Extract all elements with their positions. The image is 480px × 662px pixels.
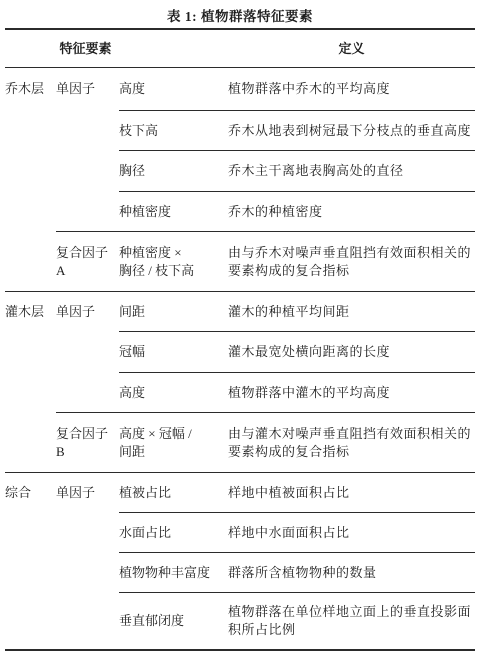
layer-cell: [5, 372, 56, 412]
factor-cell: 单因子: [56, 291, 119, 331]
factor-cell: [56, 592, 119, 649]
layer-cell: [5, 331, 56, 372]
element-cell: 间距: [119, 291, 228, 331]
factor-label: 复合因子 B: [56, 425, 108, 461]
layer-cell: [5, 110, 56, 150]
layer-cell: [5, 512, 56, 552]
factor-label: 单因子: [56, 80, 95, 98]
element-cell: 高度 × 冠幅 / 间距: [119, 412, 228, 472]
element-cell: 垂直郁闭度: [119, 592, 228, 649]
element-cell: 种植密度 × 胸径 / 枝下高: [119, 231, 228, 291]
element-cell: 植物物种丰富度: [119, 552, 228, 592]
element-label: 种植密度 × 胸径 / 枝下高: [119, 244, 194, 280]
element-cell: 高度: [119, 372, 228, 412]
table-row: 植物物种丰富度 群落所含植物物种的数量: [5, 552, 475, 592]
definition-cell: 乔木从地表到树冠最下分枝点的垂直高度: [228, 110, 475, 150]
table-header-row: 特征要素 定义: [5, 30, 475, 67]
definition-text: 植物群落在单位样地立面上的垂直投影面积所占比例: [228, 603, 475, 639]
table-row: 综合 单因子 植被占比 样地中植被面积占比: [5, 472, 475, 512]
factor-label: 单因子: [56, 484, 95, 502]
header-definition: 定义: [228, 30, 475, 67]
definition-text: 乔木从地表到树冠最下分枝点的垂直高度: [228, 122, 475, 140]
definition-text: 乔木的种植密度: [228, 203, 475, 221]
definition-text: 样地中水面面积占比: [228, 524, 475, 542]
table-row: 复合因子 B 高度 × 冠幅 / 间距 由与灌木对噪声垂直阻挡有效面积相关的要素…: [5, 412, 475, 472]
layer-cell: 乔木层: [5, 67, 56, 110]
table-row: 高度 植物群落中灌木的平均高度: [5, 372, 475, 412]
definition-text: 灌木的种植平均间距: [228, 303, 475, 321]
definition-text: 灌木最宽处横向距离的长度: [228, 343, 475, 361]
header-features: 特征要素: [5, 30, 228, 67]
definition-text: 植物群落中灌木的平均高度: [228, 384, 475, 402]
table-row: 乔木层 单因子 高度 植物群落中乔木的平均高度: [5, 67, 475, 110]
factor-cell: 复合因子 A: [56, 231, 119, 291]
definition-cell: 乔木主干离地表胸高处的直径: [228, 150, 475, 191]
element-label: 胸径: [119, 162, 145, 180]
layer-label: 乔木层: [5, 80, 44, 98]
element-label: 高度: [119, 384, 145, 402]
element-cell: 水面占比: [119, 512, 228, 552]
element-cell: 种植密度: [119, 191, 228, 231]
layer-cell: [5, 191, 56, 231]
layer-cell: [5, 552, 56, 592]
definition-cell: 灌木的种植平均间距: [228, 291, 475, 331]
factor-label: 单因子: [56, 303, 95, 321]
factor-cell: 单因子: [56, 67, 119, 110]
layer-label: 综合: [5, 484, 31, 502]
plant-community-table: 特征要素 定义 乔木层 单因子 高度 植物群落中乔木的平均高度 枝下高 乔木从地…: [5, 28, 475, 651]
element-label: 冠幅: [119, 343, 145, 361]
element-label: 垂直郁闭度: [119, 612, 184, 630]
element-label: 高度 × 冠幅 / 间距: [119, 425, 192, 461]
table-row: 灌木层 单因子 间距 灌木的种植平均间距: [5, 291, 475, 331]
table-row: 冠幅 灌木最宽处横向距离的长度: [5, 331, 475, 372]
table-row: 垂直郁闭度 植物群落在单位样地立面上的垂直投影面积所占比例: [5, 592, 475, 649]
element-label: 水面占比: [119, 524, 171, 542]
factor-cell: [56, 150, 119, 191]
table-row: 复合因子 A 种植密度 × 胸径 / 枝下高 由与乔木对噪声垂直阻挡有效面积相关…: [5, 231, 475, 291]
layer-cell: 综合: [5, 472, 56, 512]
factor-label: 复合因子 A: [56, 244, 108, 280]
element-label: 植被占比: [119, 484, 171, 502]
table-row: 水面占比 样地中水面面积占比: [5, 512, 475, 552]
definition-cell: 由与乔木对噪声垂直阻挡有效面积相关的要素构成的复合指标: [228, 231, 475, 291]
table-row: 胸径 乔木主干离地表胸高处的直径: [5, 150, 475, 191]
factor-cell: [56, 110, 119, 150]
element-cell: 高度: [119, 67, 228, 110]
factor-cell: 复合因子 B: [56, 412, 119, 472]
element-label: 间距: [119, 303, 145, 321]
element-label: 种植密度: [119, 203, 171, 221]
layer-cell: [5, 231, 56, 291]
layer-cell: [5, 150, 56, 191]
layer-cell: [5, 592, 56, 649]
definition-cell: 植物群落中乔木的平均高度: [228, 67, 475, 110]
definition-cell: 样地中水面面积占比: [228, 512, 475, 552]
element-cell: 胸径: [119, 150, 228, 191]
factor-cell: [56, 552, 119, 592]
definition-text: 乔木主干离地表胸高处的直径: [228, 162, 475, 180]
factor-cell: [56, 331, 119, 372]
table-row: 枝下高 乔木从地表到树冠最下分枝点的垂直高度: [5, 110, 475, 150]
definition-cell: 乔木的种植密度: [228, 191, 475, 231]
element-cell: 植被占比: [119, 472, 228, 512]
definition-text: 由与灌木对噪声垂直阻挡有效面积相关的要素构成的复合指标: [228, 425, 475, 461]
definition-cell: 由与灌木对噪声垂直阻挡有效面积相关的要素构成的复合指标: [228, 412, 475, 472]
element-label: 枝下高: [119, 122, 158, 140]
factor-cell: [56, 372, 119, 412]
definition-cell: 植物群落中灌木的平均高度: [228, 372, 475, 412]
definition-text: 样地中植被面积占比: [228, 484, 475, 502]
definition-text: 植物群落中乔木的平均高度: [228, 80, 475, 98]
definition-cell: 植物群落在单位样地立面上的垂直投影面积所占比例: [228, 592, 475, 649]
table-row: 种植密度 乔木的种植密度: [5, 191, 475, 231]
layer-label: 灌木层: [5, 303, 44, 321]
document-page: 表 1: 植物群落特征要素 特征要素 定义 乔木层 单因子 高度 植物群落中乔木…: [0, 0, 480, 662]
factor-cell: 单因子: [56, 472, 119, 512]
element-cell: 枝下高: [119, 110, 228, 150]
element-cell: 冠幅: [119, 331, 228, 372]
element-label: 高度: [119, 80, 145, 98]
definition-cell: 灌木最宽处横向距离的长度: [228, 331, 475, 372]
layer-cell: 灌木层: [5, 291, 56, 331]
definition-text: 由与乔木对噪声垂直阻挡有效面积相关的要素构成的复合指标: [228, 244, 475, 280]
element-label: 植物物种丰富度: [119, 564, 210, 582]
layer-cell: [5, 412, 56, 472]
factor-cell: [56, 512, 119, 552]
factor-cell: [56, 191, 119, 231]
definition-cell: 群落所含植物物种的数量: [228, 552, 475, 592]
definition-cell: 样地中植被面积占比: [228, 472, 475, 512]
table-title: 表 1: 植物群落特征要素: [0, 0, 480, 28]
definition-text: 群落所含植物物种的数量: [228, 564, 475, 582]
